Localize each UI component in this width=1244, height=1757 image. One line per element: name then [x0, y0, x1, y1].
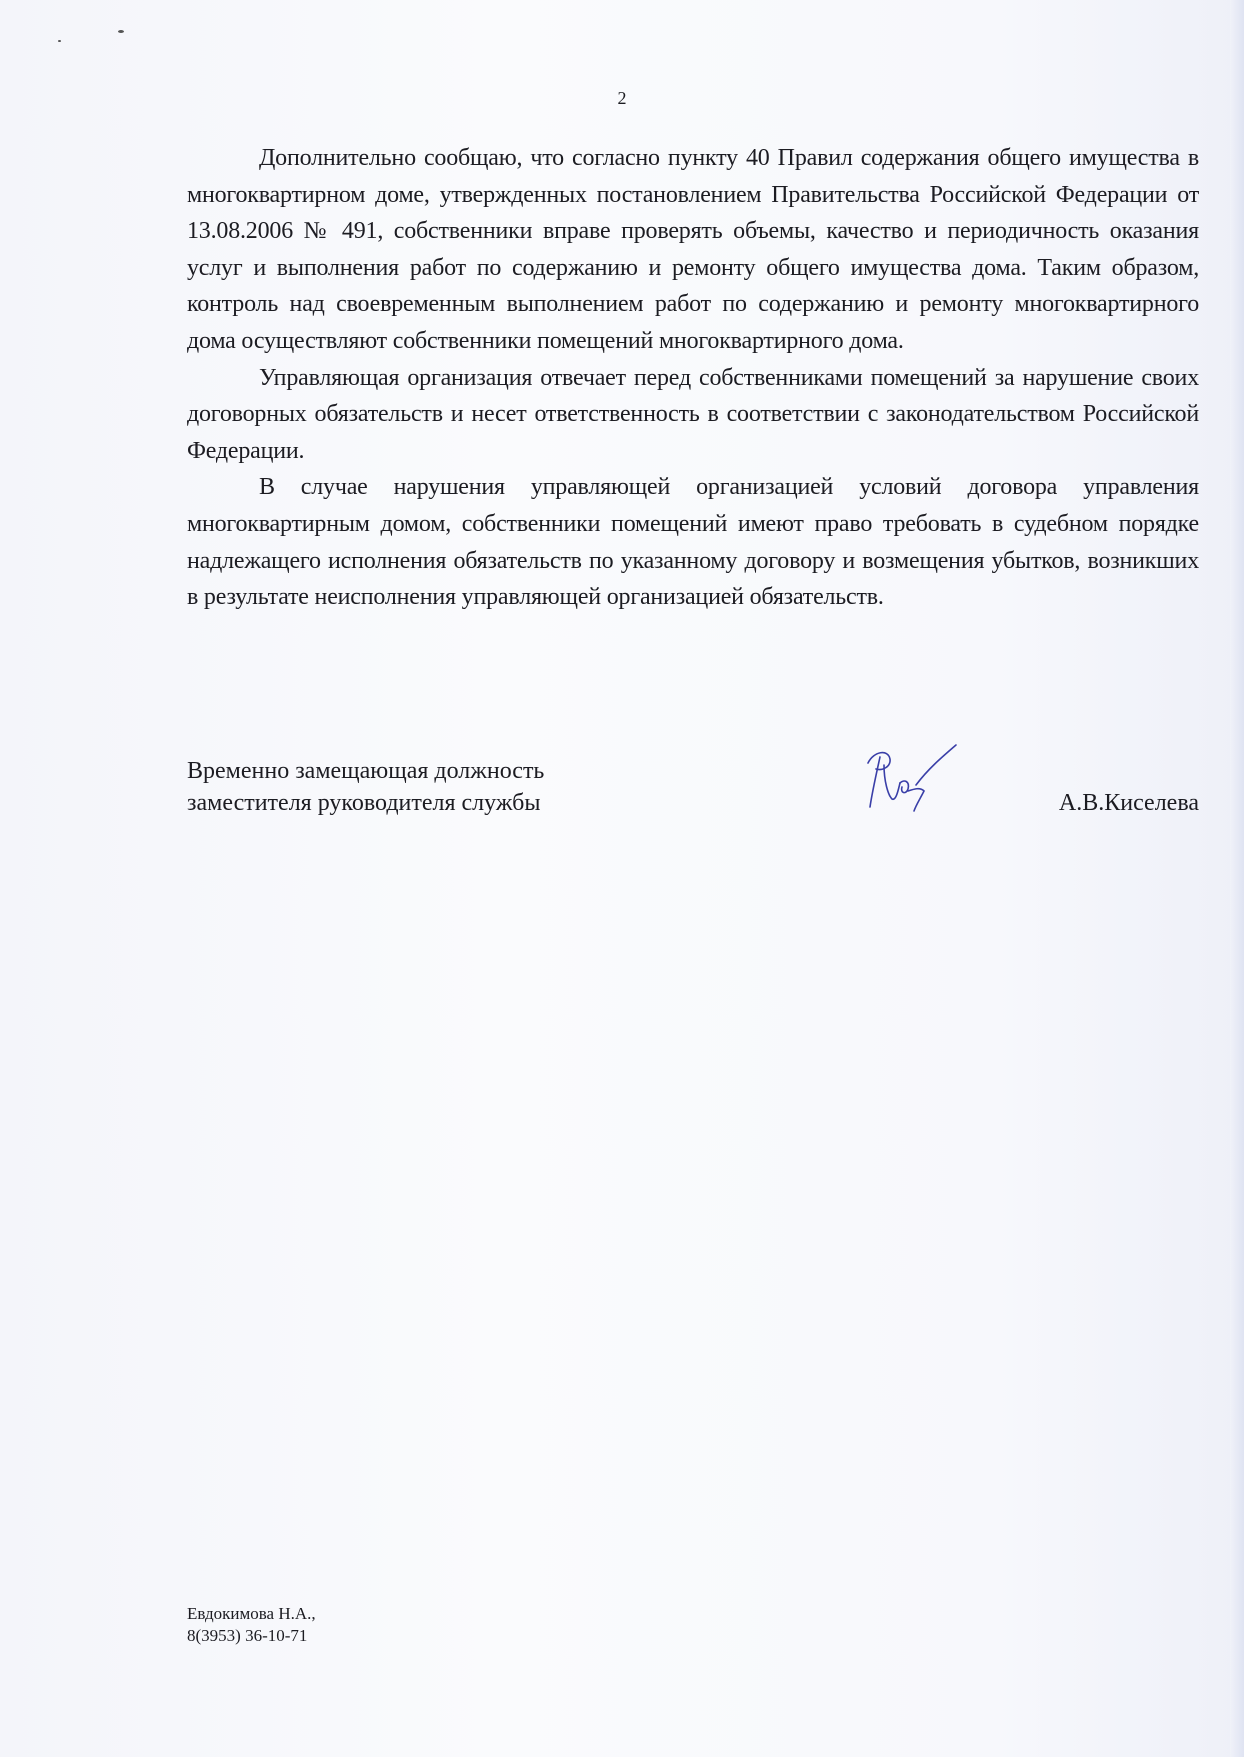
scan-artifact [118, 30, 124, 33]
page-number: 2 [0, 88, 1244, 109]
paragraph-owners-control: Дополнительно сообщаю, что согласно пунк… [187, 140, 1199, 360]
signatory-position-line1: Временно замещающая должность [187, 755, 544, 787]
letter-body: Дополнительно сообщаю, что согласно пунк… [187, 140, 1199, 616]
signatory-position-line2: заместителя руководителя службы [187, 787, 544, 819]
document-page: 2 Дополнительно сообщаю, что согласно пу… [0, 0, 1244, 1757]
executor-name: Евдокимова Н.А., [187, 1603, 316, 1625]
paragraph-violation-rights: В случае нарушения управляющей организац… [187, 469, 1199, 615]
paragraph-responsibility: Управляющая организация отвечает перед с… [187, 360, 1199, 470]
executor-info: Евдокимова Н.А., 8(3953) 36-10-71 [187, 1603, 316, 1647]
signature-block: Временно замещающая должность заместител… [187, 755, 1199, 835]
scan-artifact [58, 40, 61, 42]
signatory-position: Временно замещающая должность заместител… [187, 755, 544, 819]
signatory-name: А.В.Киселева [1059, 787, 1199, 819]
executor-phone: 8(3953) 36-10-71 [187, 1625, 316, 1647]
handwritten-signature-icon [854, 741, 964, 821]
scan-edge [1230, 0, 1244, 1757]
